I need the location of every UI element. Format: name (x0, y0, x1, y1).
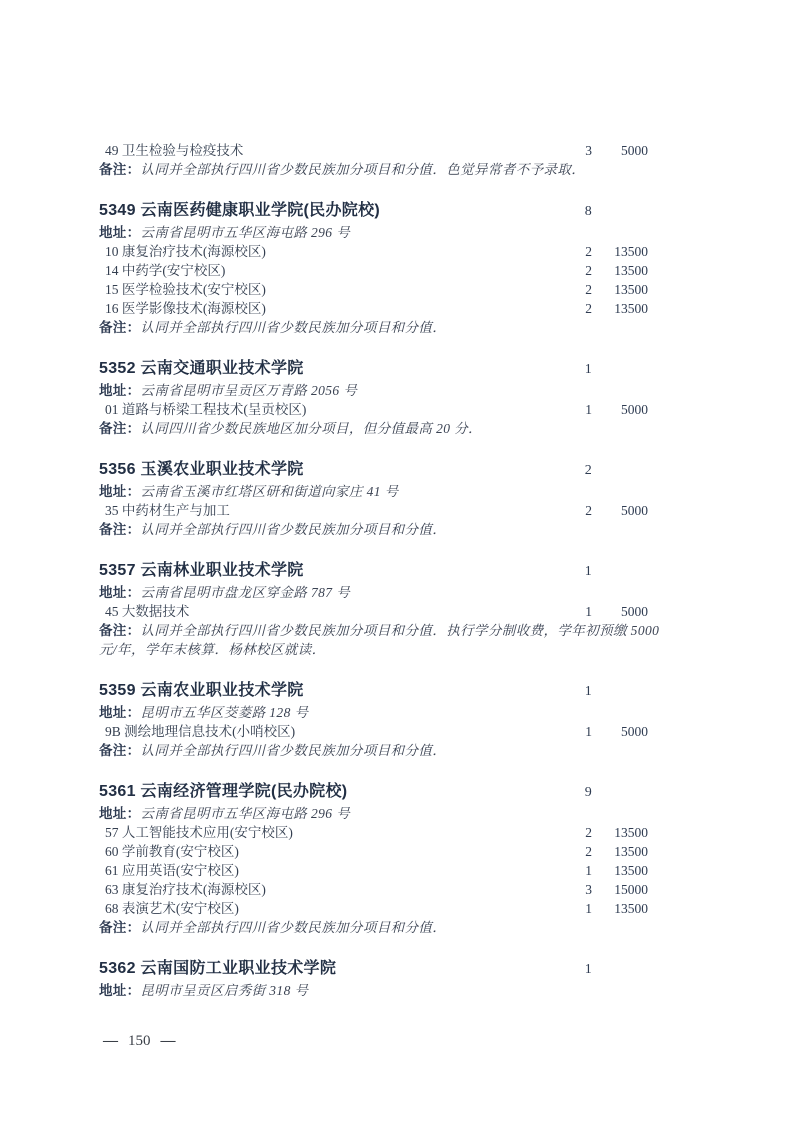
major-plan-count: 1 (568, 400, 592, 419)
major-code-name: 57 人工智能技术应用(安宁校区) (105, 823, 568, 842)
major-code-name: 10 康复治疗技术(海源校区) (105, 242, 568, 261)
major-plan-count: 2 (568, 842, 592, 861)
institution-section: 5349 云南医药健康职业学院(民办院校)8地址：云南省昆明市五华区海屯路 29… (99, 199, 648, 337)
major-code-name: 01 道路与桥梁工程技术(呈贡校区) (105, 400, 568, 419)
major-code-name: 68 表演艺术(安宁校区) (105, 899, 568, 918)
remark-line: 备注：认同并全部执行四川省少数民族加分项目和分值．色觉异常者不予录取． (99, 160, 679, 179)
major-tuition-fee: 13500 (592, 899, 648, 918)
address-line: 地址：昆明市五华区茭菱路 128 号 (99, 703, 648, 722)
major-code-name: 45 大数据技术 (105, 602, 568, 621)
remark-line: 备注：认同并全部执行四川省少数民族加分项目和分值．执行学分制收费，学年初预缴 5… (99, 621, 679, 659)
major-tuition-fee: 5000 (592, 722, 648, 741)
major-row: 63 康复治疗技术(海源校区)315000 (99, 880, 648, 899)
address-line: 地址：云南省昆明市五华区海屯路 296 号 (99, 223, 648, 242)
major-plan-count: 1 (568, 899, 592, 918)
major-row: 15 医学检验技术(安宁校区)213500 (99, 280, 648, 299)
institution-heading: 5356 玉溪农业职业技术学院2 (99, 458, 648, 482)
address-text: 云南省昆明市五华区海屯路 296 号 (140, 806, 350, 821)
major-row: 9B 测绘地理信息技术(小哨校区)15000 (99, 722, 648, 741)
address-label: 地址： (99, 806, 140, 821)
major-tuition-fee: 13500 (592, 261, 648, 280)
major-row: 57 人工智能技术应用(安宁校区)213500 (99, 823, 648, 842)
address-text: 昆明市五华区茭菱路 128 号 (140, 705, 308, 720)
address-line: 地址：云南省昆明市呈贡区万青路 2056 号 (99, 381, 648, 400)
institution-section: 5362 云南国防工业职业技术学院1地址：昆明市呈贡区启秀街 318 号 (99, 957, 648, 1000)
institution-section: 5356 玉溪农业职业技术学院2地址：云南省玉溪市红塔区研和街道向家庄 41 号… (99, 458, 648, 539)
major-plan-count: 3 (568, 141, 592, 160)
remark-line: 备注：认同并全部执行四川省少数民族加分项目和分值． (99, 741, 679, 760)
institution-heading: 5361 云南经济管理学院(民办院校)9 (99, 780, 648, 804)
address-line: 地址：云南省昆明市五华区海屯路 296 号 (99, 804, 648, 823)
address-text: 云南省昆明市盘龙区穿金路 787 号 (140, 585, 350, 600)
major-plan-count: 2 (568, 242, 592, 261)
remark-label: 备注： (99, 623, 140, 638)
remark-text: 认同并全部执行四川省少数民族加分项目和分值． (140, 920, 446, 935)
institution-section: 5359 云南农业职业技术学院1地址：昆明市五华区茭菱路 128 号9B 测绘地… (99, 679, 648, 760)
address-label: 地址： (99, 225, 140, 240)
major-tuition-fee: 5000 (592, 602, 648, 621)
remark-text: 认同并全部执行四川省少数民族加分项目和分值．执行学分制收费，学年初预缴 5000… (99, 623, 659, 657)
institution-section: 5357 云南林业职业技术学院1地址：云南省昆明市盘龙区穿金路 787 号45 … (99, 559, 648, 659)
page-footer: — 150 — (103, 1031, 176, 1051)
major-tuition-fee: 5000 (592, 400, 648, 419)
major-plan-count: 2 (568, 823, 592, 842)
major-row: 68 表演艺术(安宁校区)113500 (99, 899, 648, 918)
major-tuition-fee: 15000 (592, 880, 648, 899)
major-row: 60 学前教育(安宁校区)213500 (99, 842, 648, 861)
major-code-name: 16 医学影像技术(海源校区) (105, 299, 568, 318)
remark-label: 备注： (99, 421, 140, 436)
institution-heading: 5352 云南交通职业技术学院1 (99, 357, 648, 381)
remark-text: 认同并全部执行四川省少数民族加分项目和分值．色觉异常者不予录取． (140, 162, 585, 177)
major-row: 01 道路与桥梁工程技术(呈贡校区)15000 (99, 400, 648, 419)
remark-label: 备注： (99, 162, 140, 177)
major-plan-count: 1 (568, 722, 592, 741)
major-plan-count: 1 (568, 602, 592, 621)
institution-code-name: 5357 云南林业职业技术学院 (99, 559, 562, 582)
institution-code-name: 5352 云南交通职业技术学院 (99, 357, 562, 380)
major-tuition-fee: 5000 (592, 501, 648, 520)
institution-plan-count: 8 (562, 200, 592, 223)
institution-plan-count: 1 (562, 560, 592, 583)
institution-heading: 5359 云南农业职业技术学院1 (99, 679, 648, 703)
major-row: 35 中药材生产与加工25000 (99, 501, 648, 520)
major-row: 14 中药学(安宁校区)213500 (99, 261, 648, 280)
major-plan-count: 2 (568, 299, 592, 318)
institution-section: 49 卫生检验与检疫技术35000备注：认同并全部执行四川省少数民族加分项目和分… (99, 141, 648, 179)
address-label: 地址： (99, 383, 140, 398)
address-line: 地址：云南省玉溪市红塔区研和街道向家庄 41 号 (99, 482, 648, 501)
address-line: 地址：云南省昆明市盘龙区穿金路 787 号 (99, 583, 648, 602)
institution-plan-count: 1 (562, 680, 592, 703)
major-plan-count: 3 (568, 880, 592, 899)
major-tuition-fee: 13500 (592, 280, 648, 299)
remark-line: 备注：认同并全部执行四川省少数民族加分项目和分值． (99, 318, 679, 337)
remark-line: 备注：认同并全部执行四川省少数民族加分项目和分值． (99, 918, 679, 937)
major-plan-count: 2 (568, 501, 592, 520)
institution-code-name: 5361 云南经济管理学院(民办院校) (99, 780, 562, 803)
remark-label: 备注： (99, 522, 140, 537)
major-row: 61 应用英语(安宁校区)113500 (99, 861, 648, 880)
address-text: 云南省昆明市五华区海屯路 296 号 (140, 225, 350, 240)
remark-text: 认同并全部执行四川省少数民族加分项目和分值． (140, 522, 446, 537)
institution-code-name: 5359 云南农业职业技术学院 (99, 679, 562, 702)
major-code-name: 63 康复治疗技术(海源校区) (105, 880, 568, 899)
remark-text: 认同并全部执行四川省少数民族加分项目和分值． (140, 743, 446, 758)
address-line: 地址：昆明市呈贡区启秀街 318 号 (99, 981, 648, 1000)
remark-label: 备注： (99, 320, 140, 335)
institution-code-name: 5356 玉溪农业职业技术学院 (99, 458, 562, 481)
major-code-name: 60 学前教育(安宁校区) (105, 842, 568, 861)
major-tuition-fee: 13500 (592, 299, 648, 318)
address-label: 地址： (99, 983, 140, 998)
major-tuition-fee: 13500 (592, 842, 648, 861)
major-row: 49 卫生检验与检疫技术35000 (99, 141, 648, 160)
institution-heading: 5357 云南林业职业技术学院1 (99, 559, 648, 583)
remark-label: 备注： (99, 920, 140, 935)
address-text: 云南省昆明市呈贡区万青路 2056 号 (140, 383, 357, 398)
institution-plan-count: 2 (562, 459, 592, 482)
address-label: 地址： (99, 705, 140, 720)
footer-dash-left: — (103, 1033, 118, 1050)
major-plan-count: 1 (568, 861, 592, 880)
major-plan-count: 2 (568, 280, 592, 299)
major-code-name: 15 医学检验技术(安宁校区) (105, 280, 568, 299)
institution-heading: 5349 云南医药健康职业学院(民办院校)8 (99, 199, 648, 223)
remark-line: 备注：认同四川省少数民族地区加分项目，但分值最高 20 分． (99, 419, 679, 438)
major-row: 45 大数据技术15000 (99, 602, 648, 621)
remark-label: 备注： (99, 743, 140, 758)
major-row: 16 医学影像技术(海源校区)213500 (99, 299, 648, 318)
major-code-name: 49 卫生检验与检疫技术 (105, 141, 568, 160)
institution-heading: 5362 云南国防工业职业技术学院1 (99, 957, 648, 981)
major-tuition-fee: 5000 (592, 141, 648, 160)
major-plan-count: 2 (568, 261, 592, 280)
address-label: 地址： (99, 484, 140, 499)
institution-plan-count: 1 (562, 958, 592, 981)
institution-section: 5361 云南经济管理学院(民办院校)9地址：云南省昆明市五华区海屯路 296 … (99, 780, 648, 937)
major-tuition-fee: 13500 (592, 823, 648, 842)
major-tuition-fee: 13500 (592, 861, 648, 880)
admission-plan-list: 49 卫生检验与检疫技术35000备注：认同并全部执行四川省少数民族加分项目和分… (99, 141, 648, 1000)
document-page: 49 卫生检验与检疫技术35000备注：认同并全部执行四川省少数民族加分项目和分… (0, 0, 794, 1123)
major-code-name: 35 中药材生产与加工 (105, 501, 568, 520)
footer-dash-right: — (161, 1033, 176, 1050)
institution-code-name: 5349 云南医药健康职业学院(民办院校) (99, 199, 562, 222)
major-row: 10 康复治疗技术(海源校区)213500 (99, 242, 648, 261)
remark-line: 备注：认同并全部执行四川省少数民族加分项目和分值． (99, 520, 679, 539)
major-code-name: 9B 测绘地理信息技术(小哨校区) (105, 722, 568, 741)
institution-section: 5352 云南交通职业技术学院1地址：云南省昆明市呈贡区万青路 2056 号01… (99, 357, 648, 438)
institution-plan-count: 9 (562, 781, 592, 804)
institution-code-name: 5362 云南国防工业职业技术学院 (99, 957, 562, 980)
institution-plan-count: 1 (562, 358, 592, 381)
address-text: 昆明市呈贡区启秀街 318 号 (140, 983, 308, 998)
address-label: 地址： (99, 585, 140, 600)
remark-text: 认同并全部执行四川省少数民族加分项目和分值． (140, 320, 446, 335)
page-number: 150 (128, 1033, 151, 1050)
major-code-name: 61 应用英语(安宁校区) (105, 861, 568, 880)
address-text: 云南省玉溪市红塔区研和街道向家庄 41 号 (140, 484, 398, 499)
major-tuition-fee: 13500 (592, 242, 648, 261)
major-code-name: 14 中药学(安宁校区) (105, 261, 568, 280)
remark-text: 认同四川省少数民族地区加分项目，但分值最高 20 分． (140, 421, 482, 436)
